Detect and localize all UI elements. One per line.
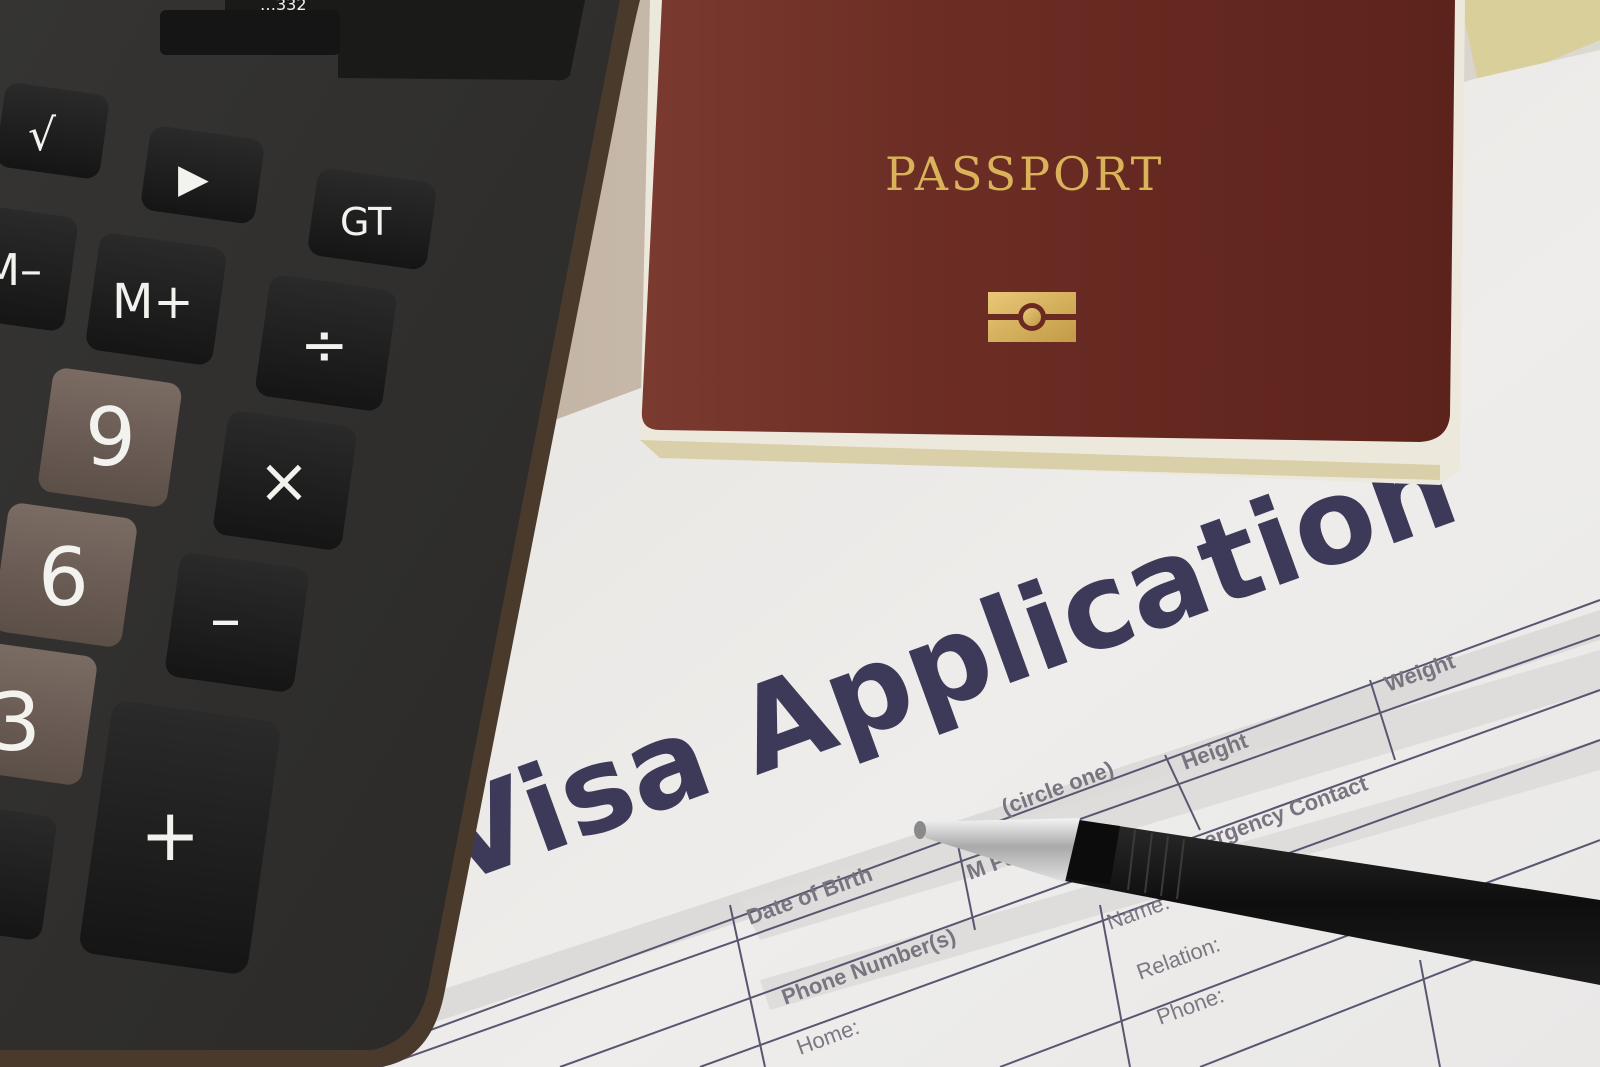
photo-scene: Date of Birth (circle one) M Female Heig… — [0, 0, 1600, 1067]
svg-text:√: √ — [28, 110, 57, 161]
svg-text:3: 3 — [0, 676, 41, 769]
svg-text:M–: M– — [0, 245, 42, 296]
key-plus[interactable]: + — [78, 699, 282, 975]
key-arrow[interactable]: ▶ — [140, 125, 266, 225]
passport-title: PASSPORT — [885, 147, 1164, 201]
key-6[interactable]: 6 — [0, 502, 138, 649]
svg-text:+: + — [140, 793, 200, 877]
svg-text:×: × — [258, 444, 310, 517]
key-sqrt[interactable]: √ — [0, 81, 110, 180]
key-gt[interactable]: GT — [307, 167, 438, 271]
key-divide[interactable]: ÷ — [254, 274, 398, 413]
svg-text:GT: GT — [340, 200, 392, 244]
svg-text:M+: M+ — [112, 274, 194, 330]
key-multiply[interactable]: × — [212, 410, 358, 552]
scene-canvas: Date of Birth (circle one) M Female Heig… — [0, 0, 1600, 1067]
passport: PASSPORT — [640, 0, 1465, 485]
svg-text:▶: ▶ — [178, 156, 209, 202]
svg-text:–: – — [210, 582, 241, 655]
passport-cover — [642, 0, 1455, 442]
svg-text:9: 9 — [85, 391, 136, 484]
key-minus[interactable]: – — [164, 552, 310, 694]
key-9[interactable]: 9 — [37, 367, 183, 509]
biometric-chip-icon — [988, 292, 1076, 342]
svg-text:÷: ÷ — [300, 311, 349, 379]
key-m-plus[interactable]: M+ — [85, 232, 228, 367]
svg-text:6: 6 — [38, 531, 89, 624]
power-switch[interactable] — [160, 10, 340, 55]
